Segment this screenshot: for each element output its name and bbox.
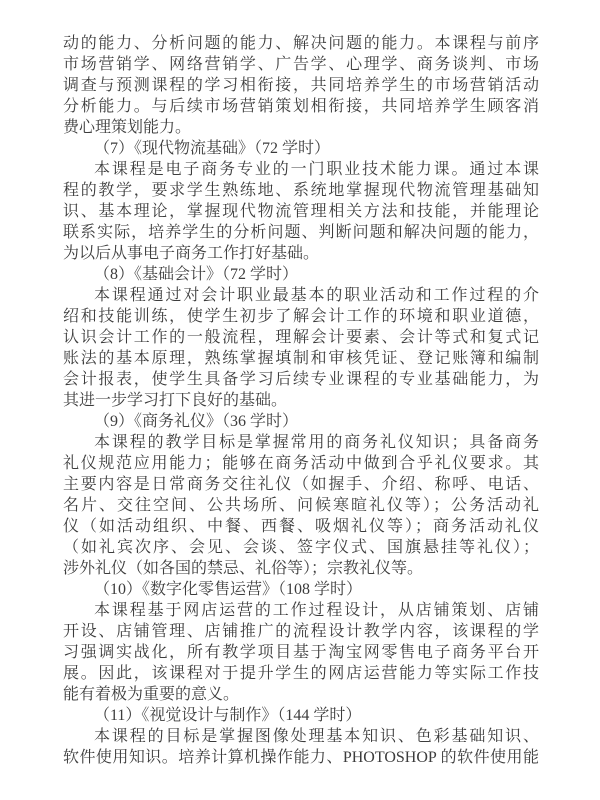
course-9-description-line-4: 名片、交往空间、公共场所、问候寒暄礼仪等）；公务活动礼 bbox=[63, 495, 539, 516]
course-7-description: 本课程是电子商务专业的一门职业技术能力课。通过本课程的教学，要求学生熟练地、系统… bbox=[63, 159, 539, 264]
course-7-description-line-1: 本课程是电子商务专业的一门职业技术能力课。通过本课 bbox=[63, 159, 539, 180]
course-10-description-line-2: 开设、店铺管理、店铺推广的流程设计教学内容，该课程的学 bbox=[63, 621, 539, 642]
course-9-description: 本课程的教学目标是掌握常用的商务礼仪知识；具备商务礼仪规范应用能力；能够在商务活… bbox=[63, 432, 539, 579]
course-10-description-line-3: 习强调实战化，所有教学项目基于淘宝网零售电子商务平台开 bbox=[63, 642, 539, 663]
course-10-heading-line-1: （10）《数字化零售运营》（108 学时） bbox=[63, 579, 539, 600]
course-8-description-line-6: 其进一步学习打下良好的基础。 bbox=[63, 390, 539, 411]
course-7-description-line-5: 为以后从事电子商务工作打好基础。 bbox=[63, 243, 539, 264]
course-11-description-line-1: 本课程的目标是掌握图像处理基本知识、色彩基础知识、 bbox=[63, 726, 539, 747]
course-8-description-line-4: 账法的基本原理，熟练掌握填制和审核凭证、登记账簿和编制 bbox=[63, 348, 539, 369]
course-9-heading-line-1: （9）《商务礼仪》（36 学时） bbox=[63, 411, 539, 432]
course-8-description: 本课程通过对会计职业最基本的职业活动和工作过程的介绍和技能训练，使学生初步了解会… bbox=[63, 285, 539, 411]
course-6-description-continued-line-4: 分析能力。与后续市场营销策划相衔接，共同培养学生顾客消 bbox=[63, 96, 539, 117]
document-text-area: 动的能力、分析问题的能力、解决问题的能力。本课程与前序市场营销学、网络营销学、广… bbox=[63, 33, 539, 768]
document-page: 动的能力、分析问题的能力、解决问题的能力。本课程与前序市场营销学、网络营销学、广… bbox=[0, 0, 600, 800]
course-8-description-line-3: 认识会计工作的一般流程，理解会计要素、会计等式和复式记 bbox=[63, 327, 539, 348]
course-11-heading: （11）《视觉设计与制作》（144 学时） bbox=[63, 705, 539, 726]
course-9-description-line-5: 仪（如活动组织、中餐、西餐、吸烟礼仪等）；商务活动礼仪 bbox=[63, 516, 539, 537]
course-7-description-line-4: 联系实际，培养学生的分析问题、判断问题和解决问题的能力， bbox=[63, 222, 539, 243]
course-7-heading-line-1: （7）《现代物流基础》（72 学时） bbox=[63, 138, 539, 159]
course-9-heading: （9）《商务礼仪》（36 学时） bbox=[63, 411, 539, 432]
course-10-description-line-4: 展。因此，该课程对于提升学生的网店运营能力等实际工作技 bbox=[63, 663, 539, 684]
course-11-description-line-2: 软件使用知识。培养计算机操作能力、PHOTOSHOP 的软件使用能 bbox=[63, 747, 539, 768]
course-9-description-line-2: 礼仪规范应用能力；能够在商务活动中做到合乎礼仪要求。其 bbox=[63, 453, 539, 474]
course-7-heading: （7）《现代物流基础》（72 学时） bbox=[63, 138, 539, 159]
course-7-description-line-2: 程的教学，要求学生熟练地、系统地掌握现代物流管理基础知 bbox=[63, 180, 539, 201]
course-8-description-line-1: 本课程通过对会计职业最基本的职业活动和工作过程的介 bbox=[63, 285, 539, 306]
course-6-description-continued: 动的能力、分析问题的能力、解决问题的能力。本课程与前序市场营销学、网络营销学、广… bbox=[63, 33, 539, 138]
course-8-description-line-2: 绍和技能训练，使学生初步了解会计工作的环境和职业道德， bbox=[63, 306, 539, 327]
course-6-description-continued-line-5: 费心理策划能力。 bbox=[63, 117, 539, 138]
course-7-description-line-3: 识、基本理论，掌握现代物流管理相关方法和技能，并能理论 bbox=[63, 201, 539, 222]
course-6-description-continued-line-1: 动的能力、分析问题的能力、解决问题的能力。本课程与前序 bbox=[63, 33, 539, 54]
course-9-description-line-3: 主要内容是日常商务交往礼仪（如握手、介绍、称呼、电话、 bbox=[63, 474, 539, 495]
course-10-heading: （10）《数字化零售运营》（108 学时） bbox=[63, 579, 539, 600]
course-8-description-line-5: 会计报表，使学生具备学习后续专业课程的专业基础能力，为 bbox=[63, 369, 539, 390]
course-8-heading: （8）《基础会计》（72 学时） bbox=[63, 264, 539, 285]
course-11-heading-line-1: （11）《视觉设计与制作》（144 学时） bbox=[63, 705, 539, 726]
course-11-description: 本课程的目标是掌握图像处理基本知识、色彩基础知识、软件使用知识。培养计算机操作能… bbox=[63, 726, 539, 768]
course-6-description-continued-line-2: 市场营销学、网络营销学、广告学、心理学、商务谈判、市场 bbox=[63, 54, 539, 75]
course-10-description-line-5: 能有着极为重要的意义。 bbox=[63, 684, 539, 705]
course-9-description-line-6: （如礼宾次序、会见、会谈、签字仪式、国旗悬挂等礼仪）； bbox=[63, 537, 539, 558]
course-10-description: 本课程基于网店运营的工作过程设计，从店铺策划、店铺开设、店铺管理、店铺推广的流程… bbox=[63, 600, 539, 705]
course-9-description-line-7: 涉外礼仪（如各国的禁忌、礼俗等）；宗教礼仪等。 bbox=[63, 558, 539, 579]
course-8-heading-line-1: （8）《基础会计》（72 学时） bbox=[63, 264, 539, 285]
course-10-description-line-1: 本课程基于网店运营的工作过程设计，从店铺策划、店铺 bbox=[63, 600, 539, 621]
course-6-description-continued-line-3: 调查与预测课程的学习相衔接，共同培养学生的市场营销活动 bbox=[63, 75, 539, 96]
course-9-description-line-1: 本课程的教学目标是掌握常用的商务礼仪知识；具备商务 bbox=[63, 432, 539, 453]
